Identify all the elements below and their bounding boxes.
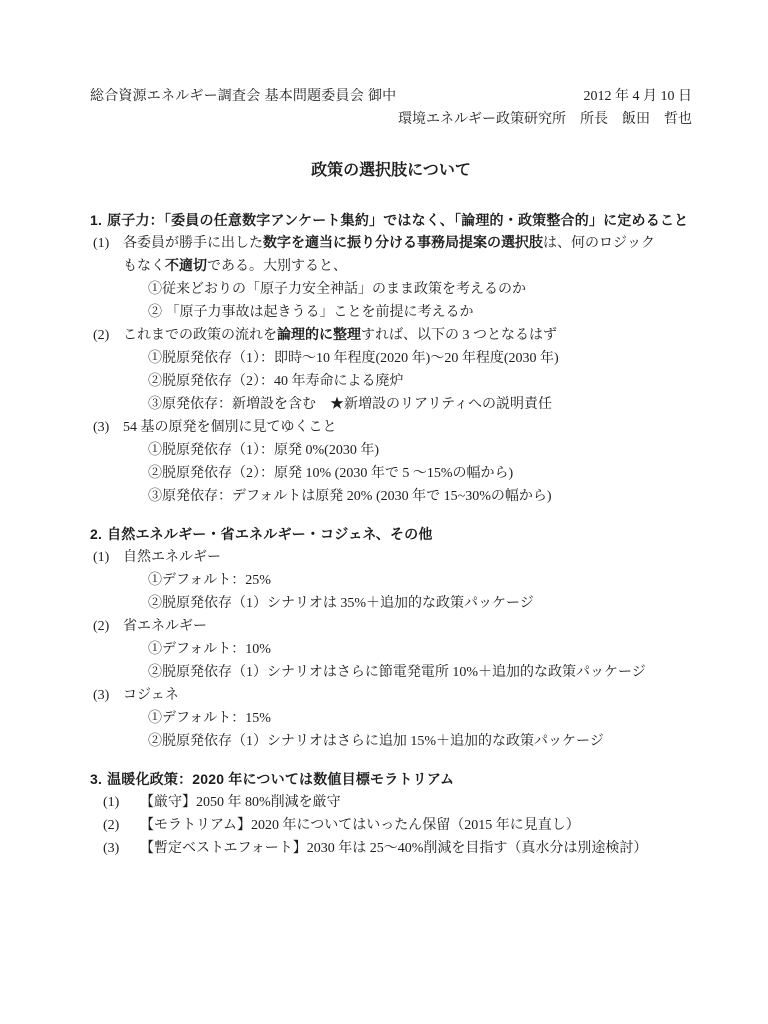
sub-item: ②脱原発依存（1）シナリオはさらに節電発電所 10%＋追加的な政策パッケージ [123, 661, 692, 684]
section: 2.自然エネルギー・省エネルギー・コジェネ、その他(1)自然エネルギー①デフォル… [90, 523, 692, 753]
text-segment: これまでの政策の流れを [123, 328, 277, 343]
document-header: 総合資源エネルギー調査会 基本問題委員会 御中 2012 年 4 月 10 日 … [90, 84, 692, 131]
item-body: コジェネ①デフォルト：15%②脱原発依存（1）シナリオはさらに追加 15%＋追加… [123, 684, 692, 753]
sub-item: ③原発依存：デフォルトは原発 20% (2030 年で 15~30%の幅から) [123, 485, 692, 508]
list-item: (2)省エネルギー①デフォルト：10%②脱原発依存（1）シナリオはさらに節電発電… [90, 615, 692, 684]
sub-item: ②脱原発依存（1）シナリオはさらに追加 15%＋追加的な政策パッケージ [123, 730, 692, 753]
sub-item: ③原発依存：新増設を含む ★新増設のリアリティへの説明責任 [123, 393, 692, 416]
item-text-line: 【モラトリアム】2020 年についてはいったん保留（2015 年に見直し） [140, 814, 692, 837]
item-text-line: これまでの政策の流れを論理的に整理すれば、以下の 3 つとなるはず [123, 324, 692, 347]
item-text-line: 【厳守】2050 年 80%削減を厳守 [140, 791, 692, 814]
section-number: 3. [90, 771, 102, 787]
item-text-line: 省エネルギー [123, 615, 692, 638]
document-page: 総合資源エネルギー調査会 基本問題委員会 御中 2012 年 4 月 10 日 … [0, 0, 768, 1024]
section: 3.温暖化政策：2020 年については数値目標モラトリアム(1)【厳守】2050… [90, 768, 692, 860]
document-date: 2012 年 4 月 10 日 [584, 86, 693, 108]
text-segment: 【厳守】2050 年 80%削減を厳守 [140, 795, 341, 810]
sub-item: ② 「原子力事故は起きうる」ことを前提に考えるか [123, 301, 692, 324]
item-text-line: 各委員が勝手に出した数字を適当に振り分ける事務局提案の選択肢は、何のロジック [123, 232, 692, 255]
section-heading: 3.温暖化政策：2020 年については数値目標モラトリアム [90, 768, 692, 791]
section-heading: 2.自然エネルギー・省エネルギー・コジェネ、その他 [90, 523, 692, 546]
section-number: 2. [90, 526, 102, 542]
list-item: (3)54 基の原発を個別に見てゆくこと①脱原発依存（1）：原発 0%(2030… [90, 416, 692, 508]
sub-item: ②脱原発依存（2）：原発 10% (2030 年で 5 ～15%の幅から) [123, 462, 692, 485]
item-marker: (3) [103, 837, 140, 860]
section-heading-text: 自然エネルギー・省エネルギー・コジェネ、その他 [107, 526, 432, 542]
text-segment: 自然エネルギー [123, 550, 221, 565]
text-segment: 各委員が勝手に出した [123, 236, 263, 251]
sub-item: ①脱原発依存（1）：即時～10 年程度(2020 年)～20 年程度(2030 … [123, 347, 692, 370]
item-marker: (2) [93, 324, 123, 416]
list-item: (3)【暫定ベストエフォート】2030 年は 25～40%削減を目指す（真水分は… [90, 837, 692, 860]
item-marker: (1) [93, 546, 123, 615]
item-body: 省エネルギー①デフォルト：10%②脱原発依存（1）シナリオはさらに節電発電所 1… [123, 615, 692, 684]
sub-item: ①脱原発依存（1）：原発 0%(2030 年) [123, 439, 692, 462]
sub-item: ①デフォルト：25% [123, 569, 692, 592]
section-heading-text: 温暖化政策：2020 年については数値目標モラトリアム [107, 771, 454, 787]
text-segment: 【モラトリアム】2020 年についてはいったん保留（2015 年に見直し） [140, 818, 580, 833]
item-body: これまでの政策の流れを論理的に整理すれば、以下の 3 つとなるはず①脱原発依存（… [123, 324, 692, 416]
text-segment: 54 基の原発を個別に見てゆくこと [123, 420, 337, 435]
item-body: 【モラトリアム】2020 年についてはいったん保留（2015 年に見直し） [140, 814, 692, 837]
list-item: (1)各委員が勝手に出した数字を適当に振り分ける事務局提案の選択肢は、何のロジッ… [90, 232, 692, 324]
sub-item: ①従来どおりの「原子力安全神話」のまま政策を考えるのか [123, 278, 692, 301]
item-body: 【厳守】2050 年 80%削減を厳守 [140, 791, 692, 814]
text-segment: すれば、以下の 3 つとなるはず [361, 328, 557, 343]
item-text-line: 自然エネルギー [123, 546, 692, 569]
text-segment: 省エネルギー [123, 619, 207, 634]
sub-item: ①デフォルト：15% [123, 707, 692, 730]
document-title: 政策の選択肢について [90, 159, 692, 182]
text-segment: は、何のロジック [543, 236, 655, 251]
text-segment: コジェネ [123, 688, 179, 703]
item-marker: (1) [93, 232, 123, 324]
item-marker: (2) [103, 814, 140, 837]
text-segment: 論理的に整理 [277, 328, 361, 343]
sub-item: ①デフォルト：10% [123, 638, 692, 661]
text-segment: 不適切 [165, 259, 207, 274]
sub-item: ②脱原発依存（2）：40 年寿命による廃炉 [123, 370, 692, 393]
list-item: (2)これまでの政策の流れを論理的に整理すれば、以下の 3 つとなるはず①脱原発… [90, 324, 692, 416]
list-item: (3)コジェネ①デフォルト：15%②脱原発依存（1）シナリオはさらに追加 15%… [90, 684, 692, 753]
section-heading: 1.原子力：「委員の任意数字アンケート集約」ではなく、「論理的・政策整合的」に定… [90, 209, 692, 232]
item-text-line: 54 基の原発を個別に見てゆくこと [123, 416, 692, 439]
item-marker: (1) [103, 791, 140, 814]
item-text-line: 【暫定ベストエフォート】2030 年は 25～40%削減を目指す（真水分は別途検… [140, 837, 692, 860]
sections-container: 1.原子力：「委員の任意数字アンケート集約」ではなく、「論理的・政策整合的」に定… [90, 209, 692, 860]
header-row: 総合資源エネルギー調査会 基本問題委員会 御中 2012 年 4 月 10 日 [90, 84, 692, 108]
text-segment: 数字を適当に振り分ける事務局提案の選択肢 [263, 236, 543, 251]
addressee: 総合資源エネルギー調査会 基本問題委員会 御中 [90, 84, 396, 106]
item-text-line: もなく不適切である。大別すると、 [123, 255, 692, 278]
item-marker: (3) [93, 416, 123, 508]
text-segment: もなく [123, 259, 165, 274]
item-marker: (3) [93, 684, 123, 753]
item-body: 各委員が勝手に出した数字を適当に振り分ける事務局提案の選択肢は、何のロジックもな… [123, 232, 692, 324]
item-body: 自然エネルギー①デフォルト：25%②脱原発依存（1）シナリオは 35%＋追加的な… [123, 546, 692, 615]
item-body: 54 基の原発を個別に見てゆくこと①脱原発依存（1）：原発 0%(2030 年)… [123, 416, 692, 508]
sub-item: ②脱原発依存（1）シナリオは 35%＋追加的な政策パッケージ [123, 592, 692, 615]
sender-line: 環境エネルギー政策研究所 所長 飯田 哲也 [90, 108, 692, 131]
item-text-line: コジェネ [123, 684, 692, 707]
text-segment: である。大別すると、 [207, 259, 347, 274]
list-item: (1)自然エネルギー①デフォルト：25%②脱原発依存（1）シナリオは 35%＋追… [90, 546, 692, 615]
text-segment: 【暫定ベストエフォート】2030 年は 25～40%削減を目指す（真水分は別途検… [140, 841, 647, 856]
item-body: 【暫定ベストエフォート】2030 年は 25～40%削減を目指す（真水分は別途検… [140, 837, 692, 860]
section-number: 1. [90, 212, 102, 228]
section-heading-text: 原子力：「委員の任意数字アンケート集約」ではなく、「論理的・政策整合的」に定める… [107, 212, 688, 228]
list-item: (2)【モラトリアム】2020 年についてはいったん保留（2015 年に見直し） [90, 814, 692, 837]
item-marker: (2) [93, 615, 123, 684]
list-item: (1)【厳守】2050 年 80%削減を厳守 [90, 791, 692, 814]
section: 1.原子力：「委員の任意数字アンケート集約」ではなく、「論理的・政策整合的」に定… [90, 209, 692, 508]
